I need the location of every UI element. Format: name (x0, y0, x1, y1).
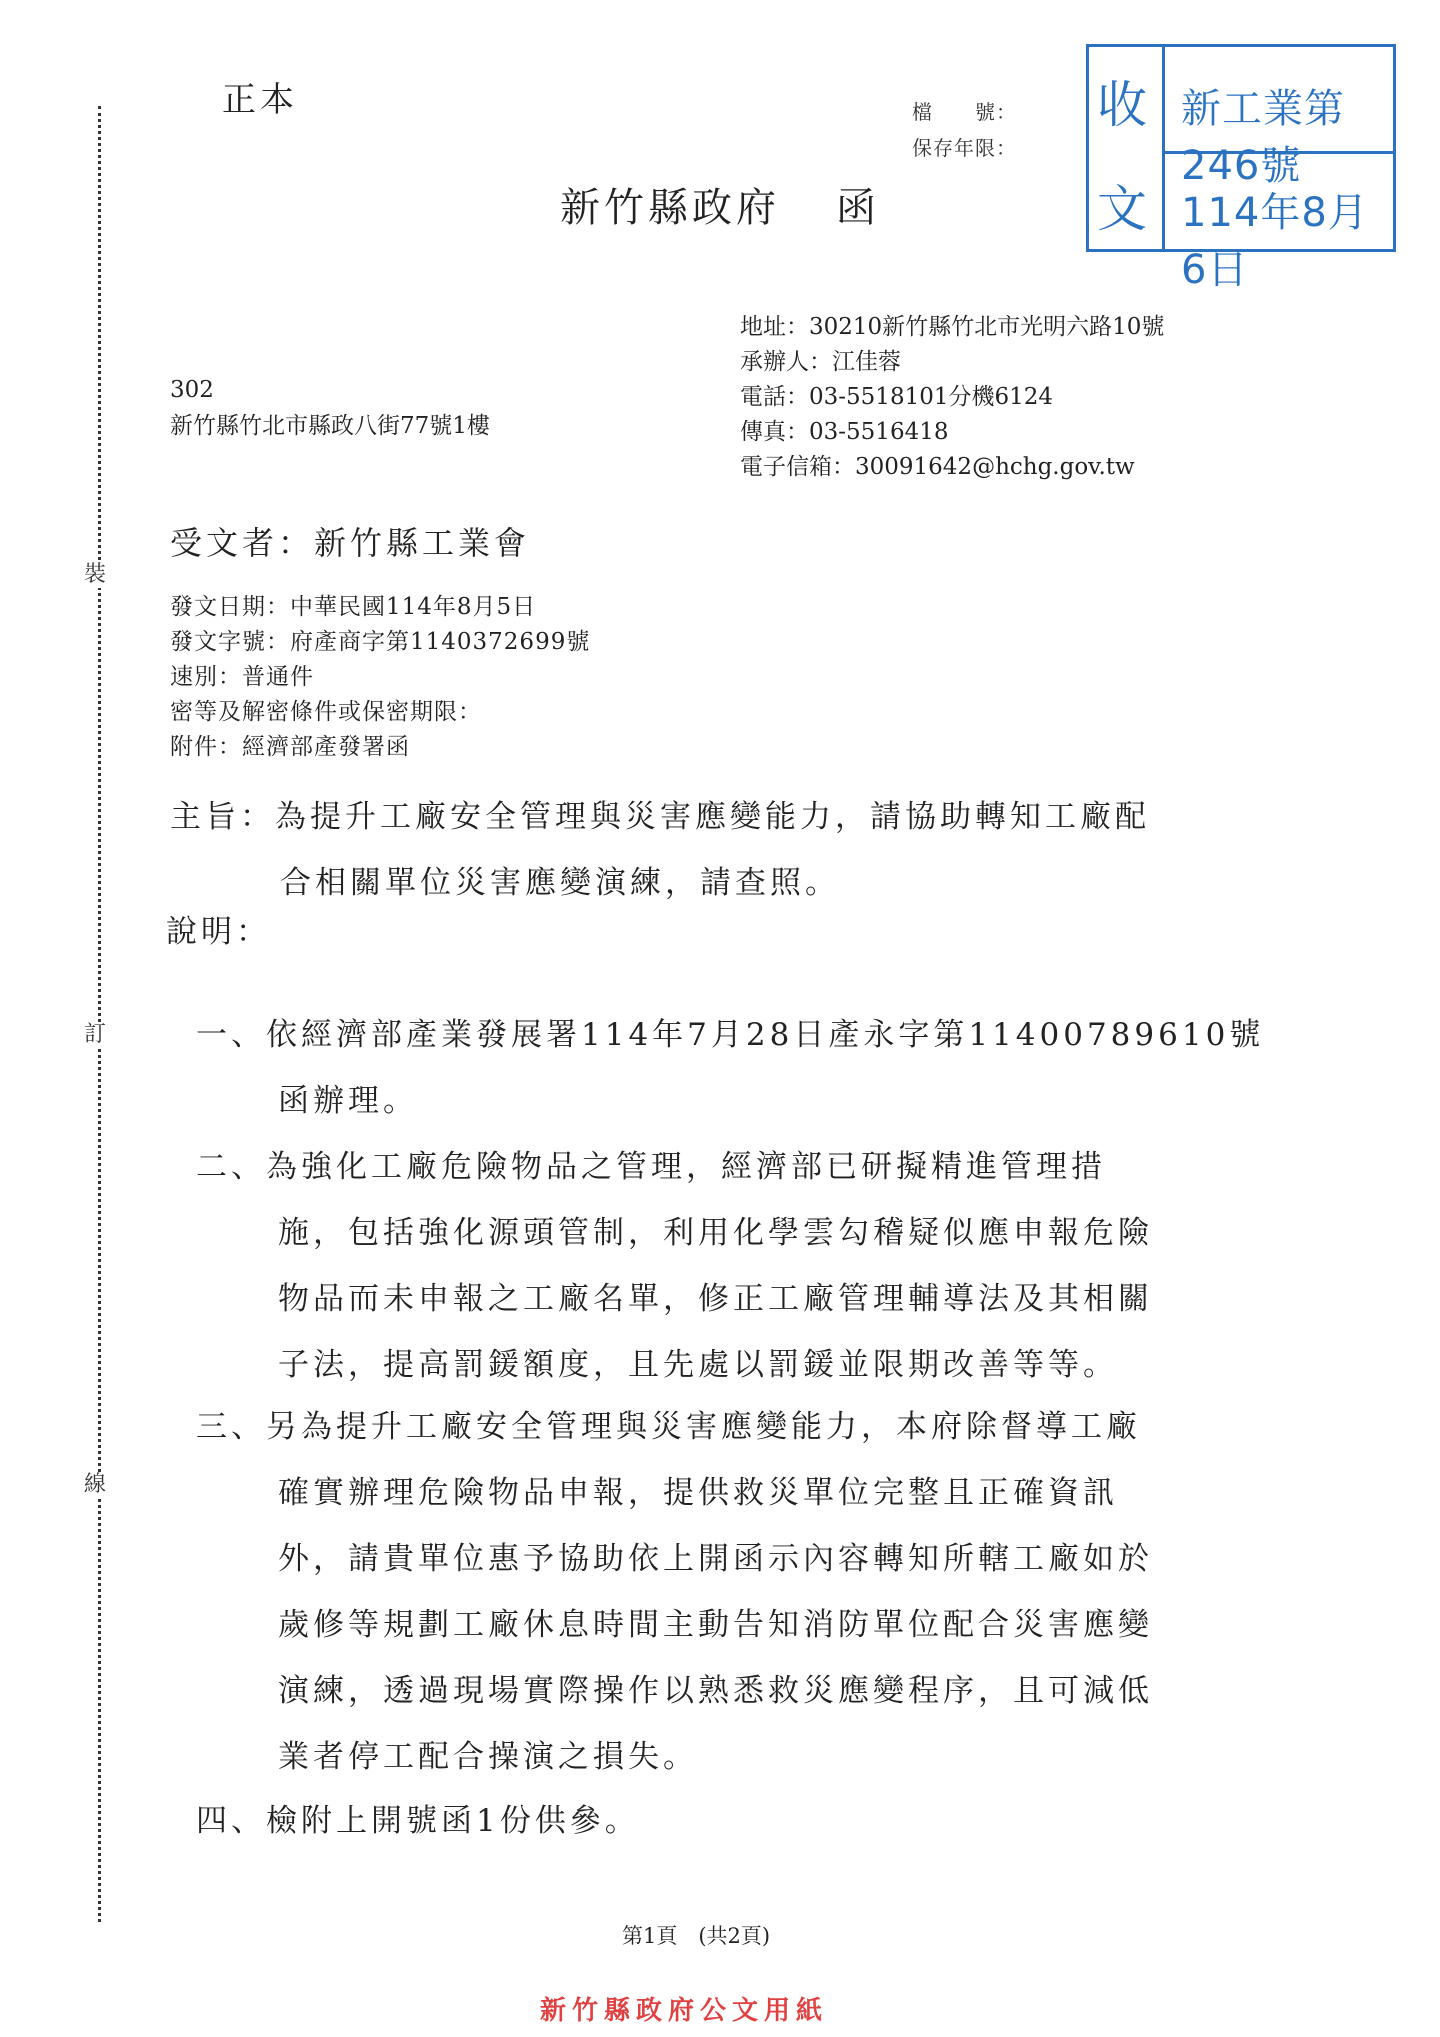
item-number: 一、 (196, 1017, 266, 1053)
stamp-label-shou: 收 (1097, 65, 1147, 137)
issue-doc-number: 發文字號：府產商字第1140372699號 (170, 625, 590, 660)
sender-info: 地址：30210新竹縣竹北市光明六路10號 承辦人：江佳蓉 電話：03-5518… (740, 310, 1164, 485)
title-organization: 新竹縣政府 (560, 185, 780, 231)
receipt-stamp: 收 文 新工業第246號 114年8月6日 (1086, 44, 1396, 252)
item-line: 檢附上開號函1份供參。 (266, 1803, 640, 1839)
explanation-item-2: 二、為強化工廠危險物品之管理，經濟部已研擬精進管理措 施，包括強化源頭管制，利用… (196, 1134, 1153, 1398)
stamp-receipt-number: 新工業第246號 (1181, 77, 1393, 191)
issue-attachment: 附件：經濟部產發署函 (170, 730, 590, 765)
paper-brand-footer: 新竹縣政府公文用紙 (540, 1990, 828, 2027)
sender-phone: 電話：03-5518101分機6124 (740, 380, 1164, 415)
stamp-label-wen: 文 (1097, 169, 1147, 241)
recipient-postal-code: 302 (170, 372, 490, 408)
stamp-receipt-date: 114年8月6日 (1181, 181, 1393, 295)
item-line: 歲修等規劃工廠休息時間主動告知消防單位配合災害應變 (196, 1592, 1153, 1658)
sender-address: 地址：30210新竹縣竹北市光明六路10號 (740, 310, 1164, 345)
item-number: 二、 (196, 1149, 266, 1185)
item-line: 確實辦理危險物品申報，提供救災單位完整且正確資訊 (196, 1460, 1153, 1526)
recipient-address: 新竹縣竹北市縣政八街77號1樓 (170, 408, 490, 444)
subject-line-2: 合相關單位災害應變演練，請查照。 (170, 850, 1150, 916)
item-line: 演練，透過現場實際操作以熟悉救災應變程序，且可減低 (196, 1658, 1153, 1724)
explanation-item-1: 一、依經濟部產業發展署114年7月28日產永字第11400789610號 函辦理… (196, 1002, 1264, 1134)
item-line: 物品而未申報之工廠名單，修正工廠管理輔導法及其相關 (196, 1266, 1153, 1332)
stamp-label-column: 收 文 (1089, 47, 1165, 249)
sender-fax: 傳真：03-5516418 (740, 415, 1164, 450)
binding-label-zhuang: 裝 (84, 562, 106, 588)
issue-date: 發文日期：中華民國114年8月5日 (170, 590, 590, 625)
item-line: 外，請貴單位惠予協助依上開函示內容轉知所轄工廠如於 (196, 1526, 1153, 1592)
issue-classification: 密等及解密條件或保密期限： (170, 695, 590, 730)
subject-section: 主旨：為提升工廠安全管理與災害應變能力，請協助轉知工廠配 合相關單位災害應變演練… (170, 784, 1150, 916)
explanation-label: 說明： (166, 906, 271, 951)
sender-contact-person: 承辦人：江佳蓉 (740, 345, 1164, 380)
retention-period-label: 保存年限： (912, 132, 1017, 161)
item-line: 依經濟部產業發展署114年7月28日產永字第11400789610號 (266, 1017, 1264, 1053)
recipient: 受文者：新竹縣工業會 (170, 518, 530, 564)
recipient-address-block: 302 新竹縣竹北市縣政八街77號1樓 (170, 372, 490, 444)
item-line: 子法，提高罰鍰額度，且先處以罰鍰並限期改善等等。 (196, 1332, 1153, 1398)
item-number: 三、 (196, 1409, 266, 1445)
item-number: 四、 (196, 1803, 266, 1839)
sender-email: 電子信箱：30091642@hchg.gov.tw (740, 450, 1164, 485)
explanation-item-4: 四、檢附上開號函1份供參。 (196, 1788, 640, 1854)
binding-label-xian: 線 (84, 1472, 106, 1498)
subject-line-1: 為提升工廠安全管理與災害應變能力，請協助轉知工廠配 (275, 799, 1150, 835)
item-line: 另為提升工廠安全管理與災害應變能力，本府除督導工廠 (266, 1409, 1141, 1445)
item-line: 為強化工廠危險物品之管理，經濟部已研擬精進管理措 (266, 1149, 1106, 1185)
binding-dotted-line (98, 106, 101, 1922)
binding-label-ding: 訂 (84, 1022, 106, 1048)
item-line: 函辦理。 (196, 1068, 1264, 1134)
issue-priority: 速別：普通件 (170, 660, 590, 695)
copy-type-label: 正本 (222, 72, 298, 121)
file-number-label: 檔 號： (912, 96, 1017, 125)
document-title: 新竹縣政府函 (560, 176, 880, 233)
title-doc-type: 函 (836, 185, 880, 231)
explanation-item-3: 三、另為提升工廠安全管理與災害應變能力，本府除督導工廠 確實辦理危險物品申報，提… (196, 1394, 1153, 1790)
item-line: 業者停工配合操演之損失。 (196, 1724, 1153, 1790)
subject-label: 主旨： (170, 799, 275, 835)
issue-metadata: 發文日期：中華民國114年8月5日 發文字號：府產商字第1140372699號 … (170, 590, 590, 765)
item-line: 施，包括強化源頭管制，利用化學雲勾稽疑似應申報危險 (196, 1200, 1153, 1266)
page-indicator: 第1頁 (共2頁) (622, 1920, 770, 1950)
